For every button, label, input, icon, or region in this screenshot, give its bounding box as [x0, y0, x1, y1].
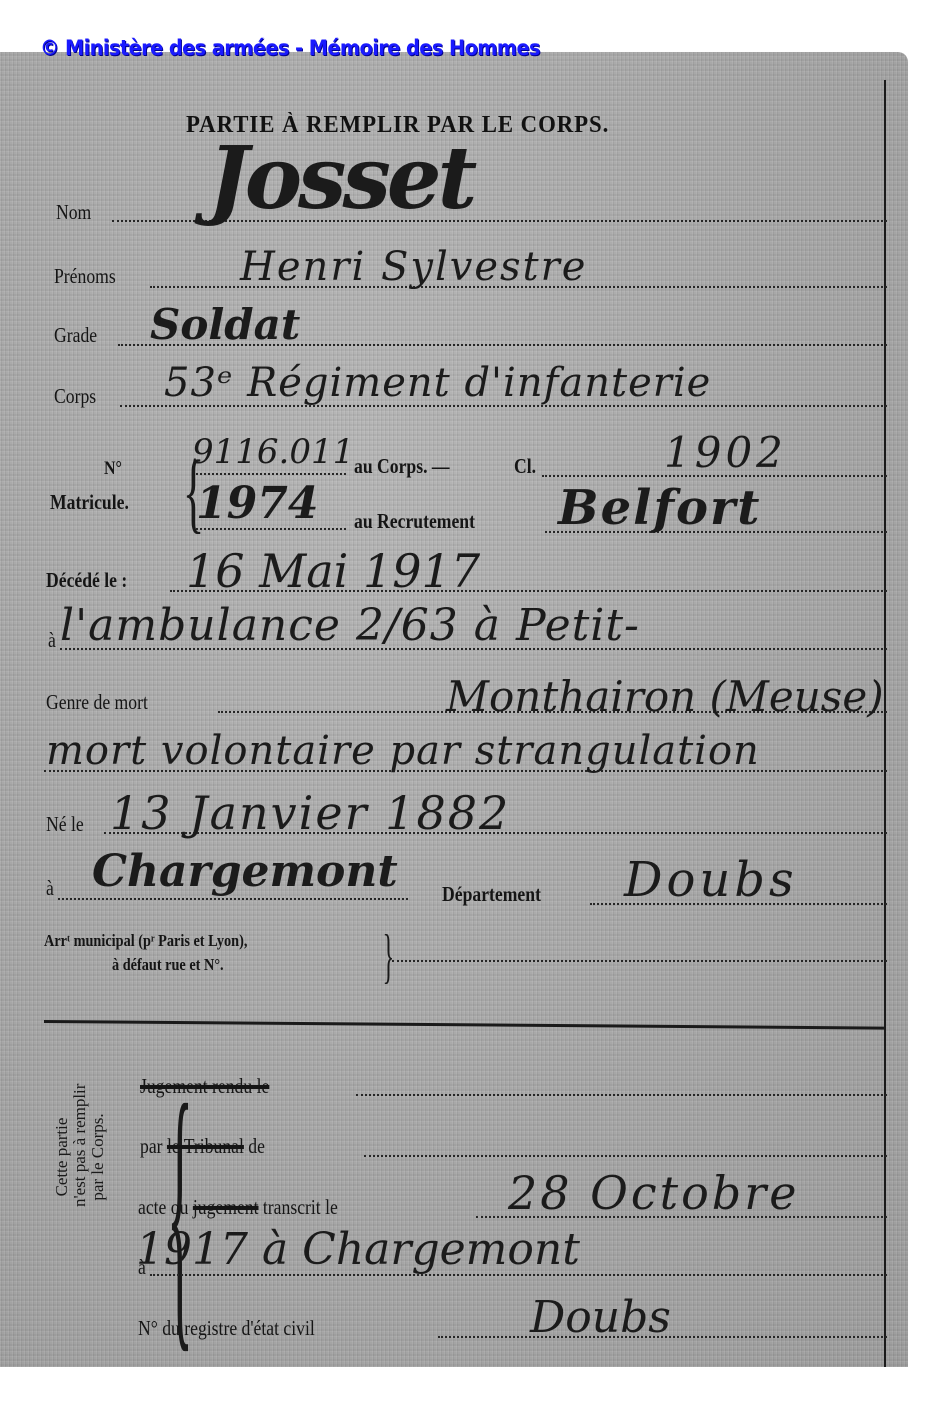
- tribunal-line: [364, 1155, 887, 1157]
- label-corps: Corps: [54, 384, 96, 409]
- value-prenoms: Henri Sylvestre: [240, 244, 587, 290]
- value-transcription-date: 28 Octobre: [508, 1166, 799, 1220]
- copyright-watermark: © Ministère des armées - Mémoire des Hom…: [40, 36, 540, 60]
- label-no-registre: N° du registre d'état civil: [138, 1316, 315, 1341]
- side-note: Cette partie n'est pas à remplir par le …: [53, 1107, 107, 1207]
- label-de: de: [248, 1134, 265, 1158]
- arr-municipal-brace: }: [383, 926, 395, 986]
- value-naissance-date: 13 Janvier 1882: [110, 786, 510, 840]
- value-transcription-line2: 1917 à Chargemont: [136, 1224, 580, 1275]
- label-arr-municipal-2: à défaut rue et N°.: [112, 955, 224, 975]
- value-corps: 53ᵉ Régiment d'infanterie: [164, 360, 711, 406]
- value-recrutement: Belfort: [558, 480, 761, 536]
- arr-municipal-line: [392, 960, 887, 962]
- side-note-line-2: n'est pas à remplir: [71, 1107, 89, 1207]
- label-grade: Grade: [54, 323, 97, 348]
- value-grade: Soldat: [150, 300, 300, 349]
- label-genre-de-mort: Genre de mort: [46, 690, 148, 715]
- label-cl: Cl.: [514, 454, 536, 479]
- value-registre: Doubs: [530, 1292, 671, 1343]
- side-note-line-3: par le Corps.: [89, 1107, 107, 1207]
- struck-le-tribunal: le Tribunal: [167, 1134, 244, 1158]
- value-deces-lieu-line2: Monthairon (Meuse): [446, 672, 884, 721]
- label-ne-le: Né le: [46, 812, 84, 837]
- value-departement: Doubs: [624, 852, 798, 908]
- label-departement: Département: [442, 882, 541, 907]
- label-au-corps: au Corps. —: [354, 454, 450, 479]
- struck-jugement: jugement: [193, 1195, 259, 1219]
- value-classe: 1902: [664, 428, 787, 477]
- label-acte-transcrit: acte ou jugement transcrit le: [138, 1195, 338, 1220]
- label-arr-municipal-1: Arrᵗ municipal (pʳ Paris et Lyon),: [44, 931, 247, 951]
- struck-jugement-rendu-le: Jugement rendu le: [140, 1074, 269, 1098]
- value-nom: Josset: [208, 128, 473, 229]
- card-right-border: [884, 80, 886, 1367]
- label-acte-ou: acte ou: [138, 1195, 188, 1219]
- label-naissance-a: à: [46, 876, 54, 901]
- value-matricule-recrutement: 1974: [196, 478, 318, 529]
- value-matricule-corps: 9116.011: [192, 432, 354, 472]
- label-decede-le: Décédé le :: [46, 568, 127, 593]
- label-nom: Nom: [56, 200, 91, 225]
- label-no: N°: [104, 458, 122, 480]
- label-matricule: Matricule.: [50, 490, 129, 515]
- value-deces-date: 16 Mai 1917: [186, 544, 480, 598]
- side-note-line-1: Cette partie: [53, 1107, 71, 1207]
- label-jugement-rendu-le: Jugement rendu le: [140, 1074, 269, 1099]
- label-transcrit-le: transcrit le: [263, 1195, 338, 1219]
- label-par-le-tribunal: par le Tribunal de: [140, 1134, 265, 1159]
- label-deces-a: à: [48, 628, 56, 653]
- matricule-corps-line: [196, 473, 346, 475]
- label-prenoms: Prénoms: [54, 264, 116, 289]
- value-deces-lieu-line1: l'ambulance 2/63 à Petit-: [60, 600, 640, 651]
- value-naissance-lieu: Chargemont: [92, 846, 398, 897]
- jugement-line: [356, 1094, 887, 1096]
- label-au-recrutement: au Recrutement: [354, 509, 475, 534]
- naissance-lieu-line: [58, 898, 408, 900]
- value-genre-de-mort: mort volontaire par strangulation: [46, 728, 760, 774]
- label-par: par: [140, 1134, 163, 1158]
